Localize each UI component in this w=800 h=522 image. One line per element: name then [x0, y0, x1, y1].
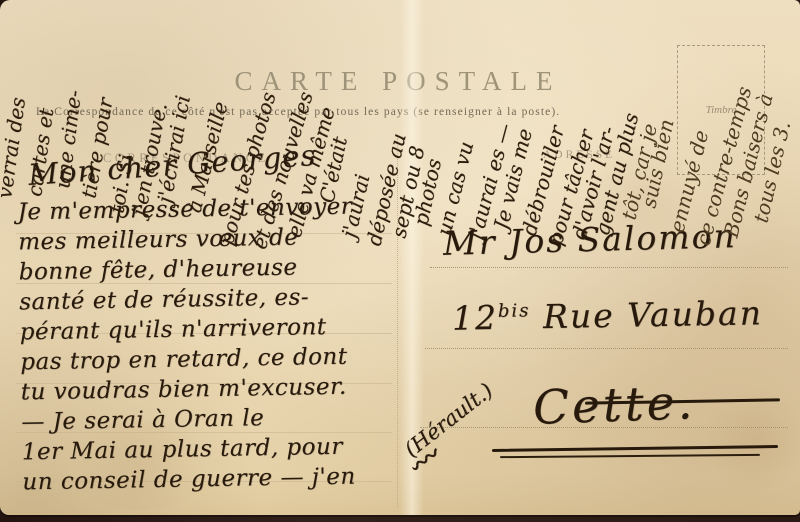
address-line — [430, 267, 788, 268]
paper-stain — [700, 390, 800, 490]
address-city: Cette. — [532, 375, 696, 436]
street-name: Rue Vauban — [530, 293, 763, 336]
postcard-back: CARTE POSTALE La Correspondance de ce cô… — [0, 0, 800, 515]
card-title: CARTE POSTALE — [218, 66, 578, 97]
street-bis: bis — [498, 300, 531, 322]
address-street: 12bis Rue Vauban — [452, 293, 764, 337]
street-number: 12 — [452, 298, 499, 338]
address-line — [425, 348, 788, 349]
message-line: un conseil de guerre — j'en — [22, 461, 412, 498]
